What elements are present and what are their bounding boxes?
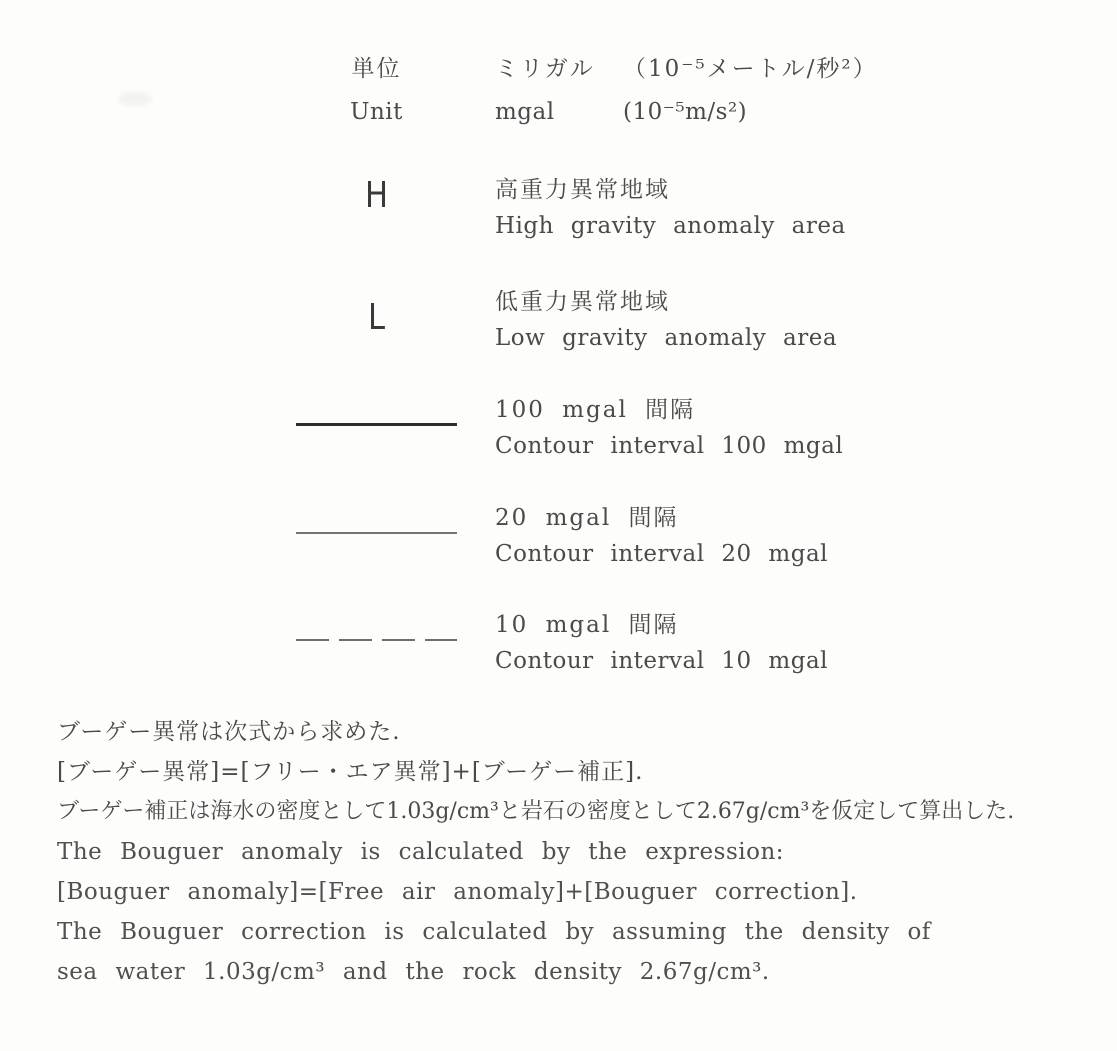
unit-paren-jp: （10⁻⁵メートル/秒²） <box>623 56 878 82</box>
legend-row-high-anomaly: H 高重力異常地域 High gravity anomaly area <box>296 172 1117 244</box>
contour-20-desc-jp: 20 mgal 間隔 <box>495 500 1117 536</box>
note-line-jp-1: ブーゲー異常は次式から求めた. <box>57 712 1107 752</box>
contour-line-10-swatch <box>296 639 457 641</box>
note-line-en-4: sea water 1.03g/cm³ and the rock density… <box>57 952 1107 992</box>
legend-row-low-anomaly: L 低重力異常地域 Low gravity anomaly area <box>296 284 1117 356</box>
unit-description: ミリガル（10⁻⁵メートル/秒²） mgal(10⁻⁵m/s²) <box>495 48 1117 134</box>
contour-line-100-swatch <box>296 423 457 426</box>
unit-value-line-jp: ミリガル（10⁻⁵メートル/秒²） <box>495 48 1117 91</box>
legend-row-contour-10: 10 mgal 間隔 Contour interval 10 mgal <box>296 607 1117 679</box>
scanned-legend-page: 単位 Unit ミリガル（10⁻⁵メートル/秒²） mgal(10⁻⁵m/s²)… <box>0 0 1117 1051</box>
low-anomaly-desc-en: Low gravity anomaly area <box>495 320 1117 356</box>
contour-20-desc-en: Contour interval 20 mgal <box>495 536 1117 572</box>
high-anomaly-symbol: H <box>308 178 445 214</box>
contour-10-description: 10 mgal 間隔 Contour interval 10 mgal <box>495 607 1117 679</box>
legend-row-contour-100: 100 mgal 間隔 Contour interval 100 mgal <box>296 392 1117 464</box>
contour-10-desc-jp: 10 mgal 間隔 <box>495 607 1117 643</box>
unit-value-jp: ミリガル <box>495 48 623 91</box>
legend-row-unit: 単位 Unit ミリガル（10⁻⁵メートル/秒²） mgal(10⁻⁵m/s²) <box>296 48 1117 134</box>
note-line-en-1: The Bouguer anomaly is calculated by the… <box>57 832 1107 872</box>
legend-row-contour-20: 20 mgal 間隔 Contour interval 20 mgal <box>296 500 1117 572</box>
unit-label-column: 単位 Unit <box>296 48 457 134</box>
low-anomaly-symbol: L <box>308 300 445 336</box>
unit-value-en: mgal <box>495 91 623 134</box>
high-anomaly-desc-jp: 高重力異常地域 <box>495 172 1117 208</box>
note-line-jp-3: ブーゲー補正は海水の密度として1.03g/cm³と岩石の密度として2.67g/c… <box>57 792 1107 832</box>
contour-20-description: 20 mgal 間隔 Contour interval 20 mgal <box>495 500 1117 572</box>
note-line-en-2: [Bouguer anomaly]=[Free air anomaly]+[Bo… <box>57 872 1107 912</box>
contour-10-desc-en: Contour interval 10 mgal <box>495 643 1117 679</box>
contour-100-desc-jp: 100 mgal 間隔 <box>495 392 1117 428</box>
contour-100-desc-en: Contour interval 100 mgal <box>495 428 1117 464</box>
scan-smudge-artifact <box>118 92 152 106</box>
unit-value-line-en: mgal(10⁻⁵m/s²) <box>495 91 1117 134</box>
high-anomaly-description: 高重力異常地域 High gravity anomaly area <box>495 172 1117 244</box>
unit-paren-en: (10⁻⁵m/s²) <box>623 99 747 125</box>
note-line-en-3: The Bouguer correction is calculated by … <box>57 912 1107 952</box>
unit-label-jp: 単位 <box>296 48 457 91</box>
contour-line-20-swatch <box>296 532 457 534</box>
low-anomaly-desc-jp: 低重力異常地域 <box>495 284 1117 320</box>
high-anomaly-desc-en: High gravity anomaly area <box>495 208 1117 244</box>
contour-100-description: 100 mgal 間隔 Contour interval 100 mgal <box>495 392 1117 464</box>
note-line-jp-2: [ブーゲー異常]=[フリー・エア異常]+[ブーゲー補正]. <box>57 752 1107 792</box>
bouguer-notes: ブーゲー異常は次式から求めた. [ブーゲー異常]=[フリー・エア異常]+[ブーゲ… <box>57 712 1107 992</box>
low-anomaly-description: 低重力異常地域 Low gravity anomaly area <box>495 284 1117 356</box>
unit-label-en: Unit <box>296 91 457 134</box>
